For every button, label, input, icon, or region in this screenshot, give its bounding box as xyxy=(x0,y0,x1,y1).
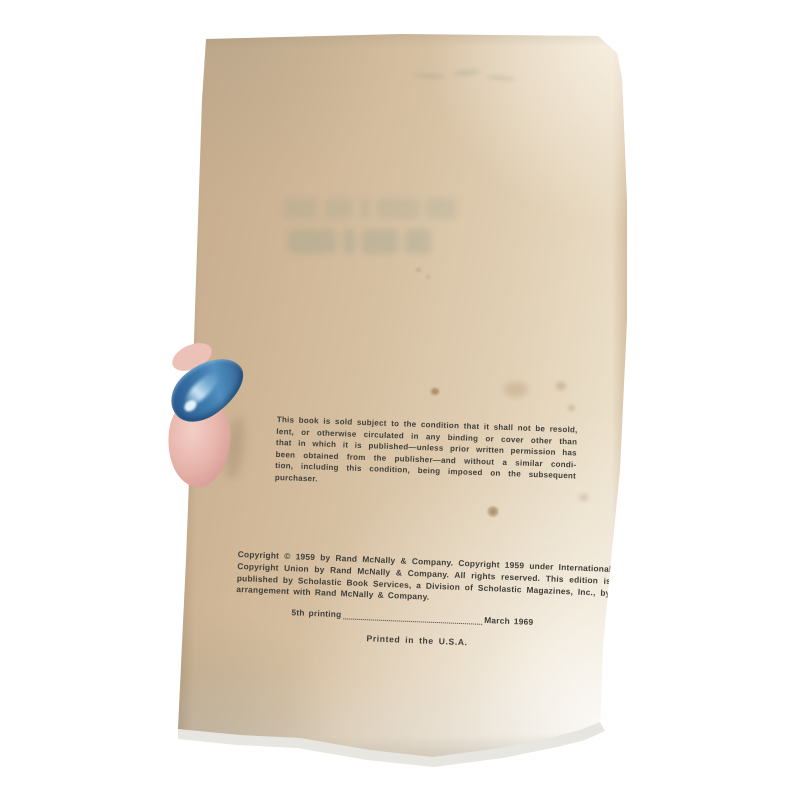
condition-notice: This book is sold subject to the conditi… xyxy=(275,414,578,493)
stain-spot xyxy=(431,388,439,395)
copyright-block: Copyright © 1959 by Rand McNally & Compa… xyxy=(234,549,611,655)
printing-history-date: March 1969 xyxy=(484,615,534,629)
photo-stage: This book is sold subject to the conditi… xyxy=(0,0,800,800)
stain-spot xyxy=(504,382,528,397)
printing-history-label: 5th printing xyxy=(291,607,341,621)
printed-in-usa: Printed in the U.S.A. xyxy=(366,633,608,654)
bleed-through-blob xyxy=(343,229,355,254)
page-top-edge-shadow xyxy=(170,30,630,49)
bleed-through-blob xyxy=(360,198,370,219)
printing-history-line: 5th printing March 1969 xyxy=(291,607,533,628)
bleed-through-blob xyxy=(377,198,419,219)
book-copyright-page: This book is sold subject to the conditi… xyxy=(170,22,630,770)
stain-spot xyxy=(416,268,421,272)
stain-spot xyxy=(568,405,575,411)
bleed-through-text-line-2 xyxy=(288,229,431,254)
bleed-through-blob xyxy=(288,229,336,254)
stain-spot xyxy=(487,506,499,517)
bleed-through-blob xyxy=(426,198,456,219)
bleed-through-text-line-1 xyxy=(282,198,456,219)
stain-spot xyxy=(426,275,430,279)
copyright-notice: Copyright © 1959 by Rand McNally & Compa… xyxy=(236,549,612,611)
bleed-through-blob xyxy=(325,198,353,219)
pencil-smudge xyxy=(412,62,522,90)
dotted-leader xyxy=(343,618,482,625)
stain-spot xyxy=(579,494,588,501)
stain-spot xyxy=(556,382,566,390)
bleed-through-blob xyxy=(405,229,431,254)
bleed-through-blob xyxy=(282,198,318,219)
bleed-through-blob xyxy=(362,229,398,254)
